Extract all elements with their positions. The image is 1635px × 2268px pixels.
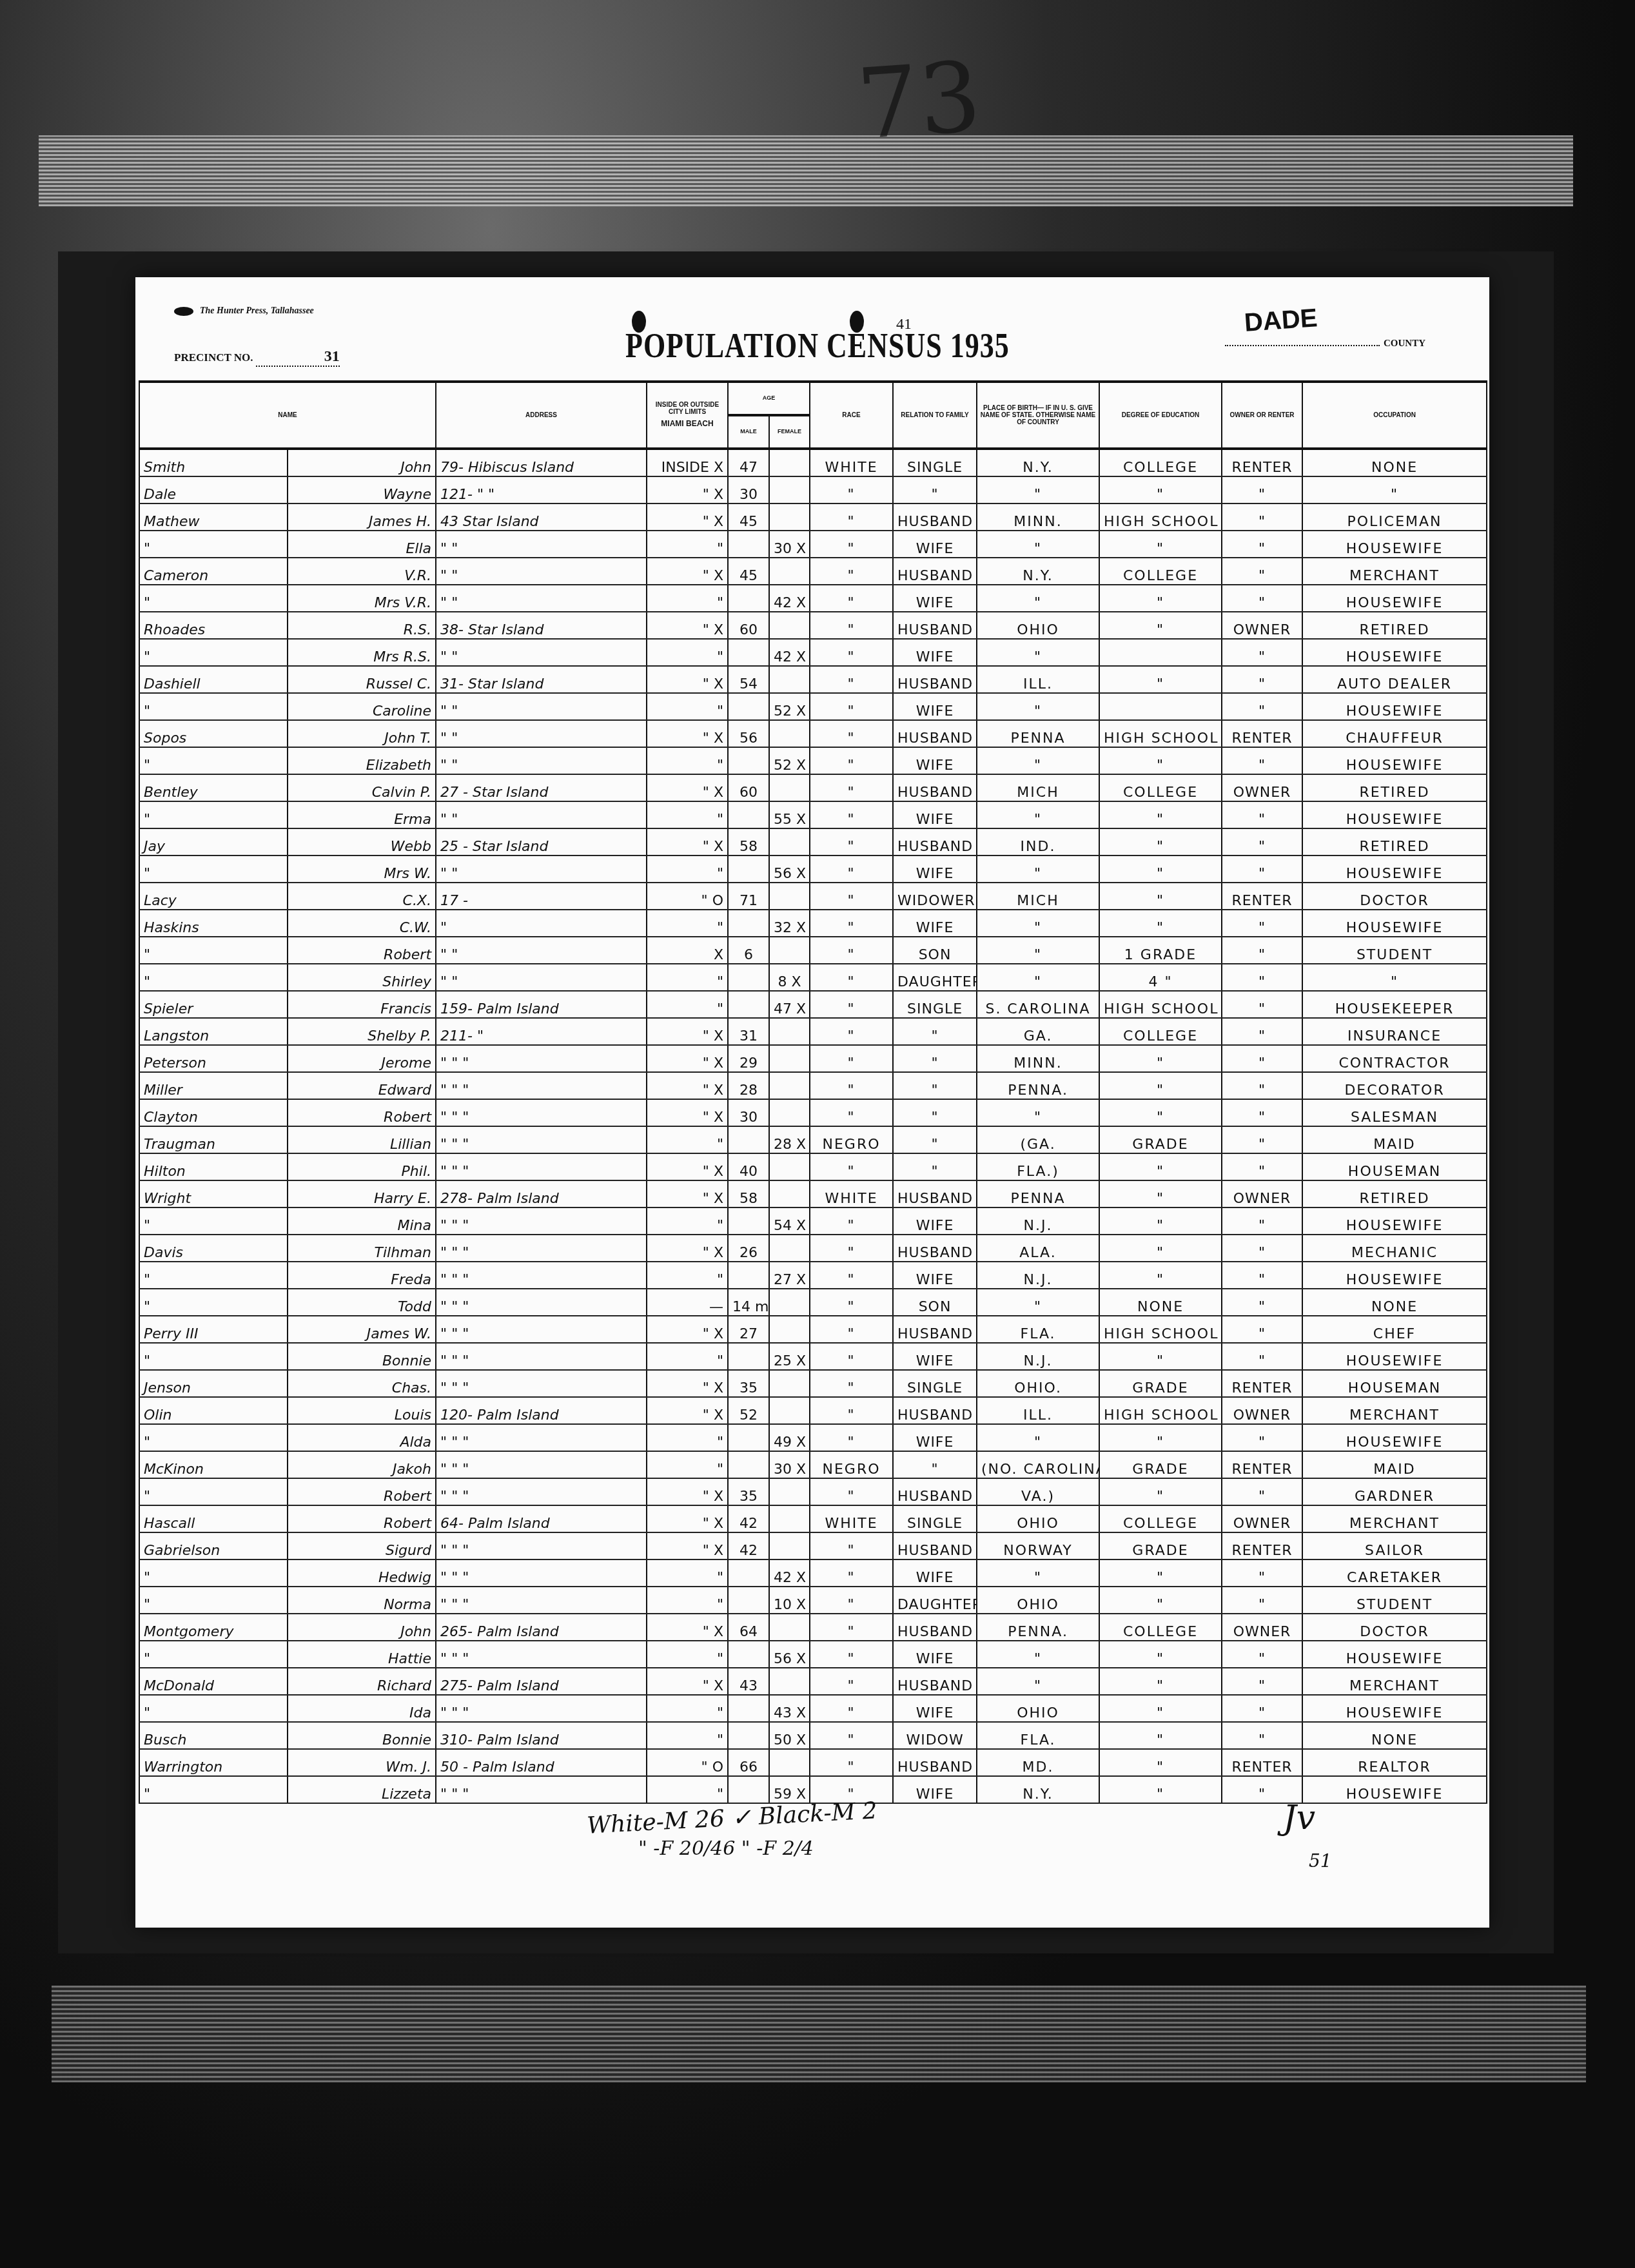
education-cell: " xyxy=(1099,1424,1222,1451)
education-cell: " xyxy=(1099,1207,1222,1235)
union-bug-icon xyxy=(174,307,193,316)
address-cell: 31- Star Island xyxy=(436,666,647,693)
owner-renter-cell: " xyxy=(1222,991,1302,1018)
first-name-cell: Robert xyxy=(288,1505,436,1532)
birthplace-cell: FLA.) xyxy=(977,1153,1099,1180)
male-age-cell xyxy=(728,1722,769,1749)
relation-cell: " xyxy=(893,1018,977,1045)
last-name-cell: " xyxy=(139,1695,288,1722)
header-female: Female xyxy=(769,415,810,449)
relation-cell: HUSBAND xyxy=(893,1614,977,1641)
race-cell: NEGRO xyxy=(810,1451,893,1478)
first-name-cell: Wm. J. xyxy=(288,1749,436,1776)
male-age-cell xyxy=(728,801,769,828)
occupation-cell: HOUSEWIFE xyxy=(1302,910,1487,937)
address-cell: " " xyxy=(436,747,647,774)
birthplace-cell: GA. xyxy=(977,1018,1099,1045)
birthplace-cell: " xyxy=(977,747,1099,774)
birthplace-cell: VA.) xyxy=(977,1478,1099,1505)
address-cell: " " xyxy=(436,855,647,883)
last-name-cell: " xyxy=(139,964,288,991)
last-name-cell: " xyxy=(139,585,288,612)
scan-bottom-band xyxy=(52,1986,1586,2082)
inside-outside-cell: " X xyxy=(647,1099,728,1126)
birthplace-cell: MD. xyxy=(977,1749,1099,1776)
male-age-cell: 58 xyxy=(728,1180,769,1207)
last-name-cell: " xyxy=(139,531,288,558)
last-name-cell: " xyxy=(139,1478,288,1505)
last-name-cell: Haskins xyxy=(139,910,288,937)
enumerator-number: 51 xyxy=(1309,1850,1332,1872)
table-row: "Norma" " ""10 X"DAUGHTEROHIO""STUDENT xyxy=(139,1587,1487,1614)
race-cell: " xyxy=(810,612,893,639)
female-age-cell: 42 X xyxy=(769,585,810,612)
owner-renter-cell: " xyxy=(1222,1424,1302,1451)
first-name-cell: John T. xyxy=(288,720,436,747)
race-cell: " xyxy=(810,531,893,558)
birthplace-cell: OHIO xyxy=(977,612,1099,639)
owner-renter-cell: OWNER xyxy=(1222,1397,1302,1424)
first-name-cell: Shirley xyxy=(288,964,436,991)
table-row: "Ida" " ""43 X"WIFEOHIO""HOUSEWIFE xyxy=(139,1695,1487,1722)
table-row: "Robert" "X6"SON"1 GRADE"STUDENT xyxy=(139,937,1487,964)
relation-cell: " xyxy=(893,1451,977,1478)
birthplace-cell: N.Y. xyxy=(977,1776,1099,1803)
female-age-cell: 54 X xyxy=(769,1207,810,1235)
scan-top-band xyxy=(39,135,1573,206)
relation-cell: WIFE xyxy=(893,1695,977,1722)
inside-outside-cell: " xyxy=(647,855,728,883)
precinct-number: 31 xyxy=(256,348,340,367)
relation-cell: WIFE xyxy=(893,693,977,720)
table-row: SmithJohn79- Hibiscus IslandINSIDE X47WH… xyxy=(139,449,1487,476)
male-age-cell: 28 xyxy=(728,1072,769,1099)
table-row: "Mrs W." ""56 X"WIFE"""HOUSEWIFE xyxy=(139,855,1487,883)
inside-outside-cell: " xyxy=(647,1695,728,1722)
inside-outside-cell: " X xyxy=(647,1478,728,1505)
owner-renter-cell: " xyxy=(1222,1153,1302,1180)
relation-cell: SINGLE xyxy=(893,991,977,1018)
education-cell: " xyxy=(1099,883,1222,910)
inside-outside-cell: " X xyxy=(647,1397,728,1424)
relation-cell: WIFE xyxy=(893,747,977,774)
last-name-cell: Jay xyxy=(139,828,288,855)
birthplace-cell: MICH xyxy=(977,883,1099,910)
education-cell: " xyxy=(1099,1343,1222,1370)
owner-renter-cell: " xyxy=(1222,1668,1302,1695)
inside-outside-cell: " X xyxy=(647,1532,728,1559)
address-cell: " " " xyxy=(436,1262,647,1289)
inside-outside-cell: " X xyxy=(647,1045,728,1072)
owner-renter-cell: " xyxy=(1222,855,1302,883)
occupation-cell: MAID xyxy=(1302,1451,1487,1478)
inside-outside-cell: " X xyxy=(647,828,728,855)
first-name-cell: Webb xyxy=(288,828,436,855)
relation-cell: WIFE xyxy=(893,801,977,828)
address-cell: " " " xyxy=(436,1532,647,1559)
table-row: TraugmanLillian" " ""28 XNEGRO"(GA.GRADE… xyxy=(139,1126,1487,1153)
inside-outside-cell: " X xyxy=(647,1153,728,1180)
female-age-cell xyxy=(769,1099,810,1126)
female-age-cell: 42 X xyxy=(769,639,810,666)
female-age-cell xyxy=(769,1180,810,1207)
last-name-cell: " xyxy=(139,1641,288,1668)
race-cell: " xyxy=(810,1045,893,1072)
inside-outside-cell: " xyxy=(647,1559,728,1587)
owner-renter-cell: " xyxy=(1222,1587,1302,1614)
address-cell: " " xyxy=(436,964,647,991)
table-row: "Hedwig" " ""42 X"WIFE"""CARETAKER xyxy=(139,1559,1487,1587)
inside-outside-cell: " X xyxy=(647,1235,728,1262)
female-age-cell xyxy=(769,476,810,503)
address-cell: " " " xyxy=(436,1776,647,1803)
occupation-cell: HOUSEWIFE xyxy=(1302,1641,1487,1668)
race-cell: WHITE xyxy=(810,1180,893,1207)
birthplace-cell: " xyxy=(977,910,1099,937)
education-cell: " xyxy=(1099,1478,1222,1505)
education-cell: COLLEGE xyxy=(1099,1018,1222,1045)
last-name-cell: " xyxy=(139,1776,288,1803)
inside-outside-cell: " X xyxy=(647,1505,728,1532)
relation-cell: HUSBAND xyxy=(893,666,977,693)
occupation-cell: CHEF xyxy=(1302,1316,1487,1343)
last-name-cell: " xyxy=(139,1587,288,1614)
last-name-cell: " xyxy=(139,801,288,828)
last-name-cell: " xyxy=(139,1343,288,1370)
occupation-cell: HOUSEWIFE xyxy=(1302,1695,1487,1722)
male-age-cell xyxy=(728,1126,769,1153)
occupation-cell: SAILOR xyxy=(1302,1532,1487,1559)
relation-cell: HUSBAND xyxy=(893,1478,977,1505)
owner-renter-cell: RENTER xyxy=(1222,1749,1302,1776)
last-name-cell: Warrington xyxy=(139,1749,288,1776)
male-age-cell xyxy=(728,531,769,558)
address-cell: 27 - Star Island xyxy=(436,774,647,801)
last-name-cell: Hascall xyxy=(139,1505,288,1532)
birthplace-cell: ILL. xyxy=(977,1397,1099,1424)
female-age-cell: 55 X xyxy=(769,801,810,828)
owner-renter-cell: RENTER xyxy=(1222,720,1302,747)
table-row: DavisTilhman" " "" X26"HUSBANDALA.""MECH… xyxy=(139,1235,1487,1262)
inside-outside-cell: " X xyxy=(647,1614,728,1641)
table-row: DashiellRussel C.31- Star Island" X54"HU… xyxy=(139,666,1487,693)
education-cell: HIGH SCHOOL xyxy=(1099,991,1222,1018)
race-cell: WHITE xyxy=(810,1505,893,1532)
male-age-cell: 71 xyxy=(728,883,769,910)
inside-outside-cell: " O xyxy=(647,883,728,910)
inside-outside-cell: " X xyxy=(647,612,728,639)
first-name-cell: Bonnie xyxy=(288,1722,436,1749)
last-name-cell: Dashiell xyxy=(139,666,288,693)
address-cell: 211- " xyxy=(436,1018,647,1045)
last-name-cell: Miller xyxy=(139,1072,288,1099)
occupation-cell: HOUSEWIFE xyxy=(1302,1262,1487,1289)
race-cell: " xyxy=(810,693,893,720)
inside-outside-cell: " X xyxy=(647,774,728,801)
race-cell: " xyxy=(810,1370,893,1397)
birthplace-cell: IND. xyxy=(977,828,1099,855)
last-name-cell: Peterson xyxy=(139,1045,288,1072)
last-name-cell: Gabrielson xyxy=(139,1532,288,1559)
inside-outside-cell: " xyxy=(647,639,728,666)
inside-outside-cell: " X xyxy=(647,503,728,531)
first-name-cell: John xyxy=(288,1614,436,1641)
inside-outside-cell: " xyxy=(647,991,728,1018)
owner-renter-cell: OWNER xyxy=(1222,1505,1302,1532)
birthplace-cell: " xyxy=(977,639,1099,666)
first-name-cell: Bonnie xyxy=(288,1343,436,1370)
owner-renter-cell: " xyxy=(1222,1099,1302,1126)
owner-renter-cell: " xyxy=(1222,1641,1302,1668)
header-name: Name xyxy=(139,382,436,449)
inside-outside-cell: " X xyxy=(647,1180,728,1207)
owner-renter-cell: RENTER xyxy=(1222,1451,1302,1478)
header-age: Age xyxy=(728,382,810,415)
first-name-cell: Russel C. xyxy=(288,666,436,693)
address-cell: " " " xyxy=(436,1343,647,1370)
occupation-cell: DECORATOR xyxy=(1302,1072,1487,1099)
address-cell: 159- Palm Island xyxy=(436,991,647,1018)
race-cell: " xyxy=(810,964,893,991)
table-row: "Mina" " ""54 X"WIFEN.J.""HOUSEWIFE xyxy=(139,1207,1487,1235)
birthplace-cell: OHIO xyxy=(977,1505,1099,1532)
education-cell: 4 " xyxy=(1099,964,1222,991)
first-name-cell: Mrs W. xyxy=(288,855,436,883)
owner-renter-cell: " xyxy=(1222,1289,1302,1316)
table-row: "Todd" " "—14 mo"SON"NONE"NONE xyxy=(139,1289,1487,1316)
female-age-cell xyxy=(769,558,810,585)
relation-cell: SINGLE xyxy=(893,1370,977,1397)
table-row: LangstonShelby P.211- "" X31""GA.COLLEGE… xyxy=(139,1018,1487,1045)
first-name-cell: Jakoh xyxy=(288,1451,436,1478)
inside-outside-cell: " xyxy=(647,693,728,720)
race-cell: " xyxy=(810,1018,893,1045)
owner-renter-cell: " xyxy=(1222,503,1302,531)
last-name-cell: " xyxy=(139,937,288,964)
relation-cell: " xyxy=(893,1099,977,1126)
table-row: "Shirley" ""8 X"DAUGHTER"4 """ xyxy=(139,964,1487,991)
education-cell: NONE xyxy=(1099,1289,1222,1316)
first-name-cell: Phil. xyxy=(288,1153,436,1180)
relation-cell: HUSBAND xyxy=(893,1180,977,1207)
education-cell: HIGH SCHOOL xyxy=(1099,720,1222,747)
education-cell: " xyxy=(1099,1641,1222,1668)
male-age-cell xyxy=(728,1451,769,1478)
education-cell: COLLEGE xyxy=(1099,774,1222,801)
last-name-cell: Smith xyxy=(139,449,288,476)
last-name-cell: " xyxy=(139,693,288,720)
race-cell: " xyxy=(810,747,893,774)
address-cell: 310- Palm Island xyxy=(436,1722,647,1749)
race-cell: " xyxy=(810,585,893,612)
birthplace-cell: ALA. xyxy=(977,1235,1099,1262)
header-address: Address xyxy=(436,382,647,449)
male-age-cell: 47 xyxy=(728,449,769,476)
last-name-cell: " xyxy=(139,1289,288,1316)
last-name-cell: Lacy xyxy=(139,883,288,910)
race-cell: " xyxy=(810,639,893,666)
owner-renter-cell: OWNER xyxy=(1222,1180,1302,1207)
address-cell: 64- Palm Island xyxy=(436,1505,647,1532)
occupation-cell: HOUSEWIFE xyxy=(1302,747,1487,774)
birthplace-cell: " xyxy=(977,476,1099,503)
education-cell: " xyxy=(1099,612,1222,639)
education-cell: " xyxy=(1099,1668,1222,1695)
male-age-cell: 43 xyxy=(728,1668,769,1695)
last-name-cell: McDonald xyxy=(139,1668,288,1695)
relation-cell: WIFE xyxy=(893,1559,977,1587)
race-cell: " xyxy=(810,1289,893,1316)
first-name-cell: James W. xyxy=(288,1316,436,1343)
education-cell: " xyxy=(1099,1072,1222,1099)
address-cell: " " " xyxy=(436,1587,647,1614)
education-cell: COLLEGE xyxy=(1099,1505,1222,1532)
owner-renter-cell: " xyxy=(1222,1207,1302,1235)
header-male: Male xyxy=(728,415,769,449)
first-name-cell: Tilhman xyxy=(288,1235,436,1262)
address-cell: " " " xyxy=(436,1695,647,1722)
address-cell: " " xyxy=(436,720,647,747)
education-cell: HIGH SCHOOL xyxy=(1099,1397,1222,1424)
occupation-cell: MERCHANT xyxy=(1302,558,1487,585)
last-name-cell: Dale xyxy=(139,476,288,503)
relation-cell: WIFE xyxy=(893,855,977,883)
relation-cell: WIFE xyxy=(893,639,977,666)
relation-cell: DAUGHTER xyxy=(893,1587,977,1614)
race-cell: WHITE xyxy=(810,449,893,476)
birthplace-cell: " xyxy=(977,1559,1099,1587)
relation-cell: HUSBAND xyxy=(893,558,977,585)
precinct-field: PRECINCT NO. 31 xyxy=(174,348,340,367)
inside-outside-cell: — xyxy=(647,1289,728,1316)
female-age-cell xyxy=(769,1045,810,1072)
address-cell: 25 - Star Island xyxy=(436,828,647,855)
birthplace-cell: " xyxy=(977,1424,1099,1451)
birthplace-cell: " xyxy=(977,855,1099,883)
male-age-cell xyxy=(728,1587,769,1614)
owner-renter-cell: RENTER xyxy=(1222,1532,1302,1559)
occupation-cell: NONE xyxy=(1302,449,1487,476)
last-name-cell: Montgomery xyxy=(139,1614,288,1641)
owner-renter-cell: " xyxy=(1222,1559,1302,1587)
education-cell: " xyxy=(1099,855,1222,883)
header-row: Name Address Inside or Outside City Limi… xyxy=(139,382,1487,415)
inside-outside-cell: " xyxy=(647,1126,728,1153)
occupation-cell: RETIRED xyxy=(1302,1180,1487,1207)
birthplace-cell: PENNA xyxy=(977,720,1099,747)
table-row: JensonChas." " "" X35"SINGLEOHIO.GRADERE… xyxy=(139,1370,1487,1397)
table-row: Perry IIIJames W." " "" X27"HUSBANDFLA.H… xyxy=(139,1316,1487,1343)
male-age-cell: 60 xyxy=(728,612,769,639)
male-age-cell: 54 xyxy=(728,666,769,693)
male-age-cell: 58 xyxy=(728,828,769,855)
inside-outside-cell: " xyxy=(647,1722,728,1749)
male-age-cell xyxy=(728,1207,769,1235)
relation-cell: WIFE xyxy=(893,1641,977,1668)
female-age-cell xyxy=(769,1153,810,1180)
inside-outside-cell: " O xyxy=(647,1749,728,1776)
female-age-cell: 47 X xyxy=(769,991,810,1018)
relation-cell: " xyxy=(893,476,977,503)
occupation-cell: RETIRED xyxy=(1302,774,1487,801)
first-name-cell: Robert xyxy=(288,937,436,964)
table-row: "Caroline" ""52 X"WIFE""HOUSEWIFE xyxy=(139,693,1487,720)
female-age-cell: 50 X xyxy=(769,1722,810,1749)
education-cell: " xyxy=(1099,801,1222,828)
female-age-cell xyxy=(769,666,810,693)
education-cell: HIGH SCHOOL xyxy=(1099,1316,1222,1343)
occupation-cell: DOCTOR xyxy=(1302,1614,1487,1641)
race-cell: " xyxy=(810,1478,893,1505)
relation-cell: HUSBAND xyxy=(893,828,977,855)
owner-renter-cell: OWNER xyxy=(1222,774,1302,801)
inside-outside-cell: " xyxy=(647,1262,728,1289)
male-age-cell: 52 xyxy=(728,1397,769,1424)
race-cell: NEGRO xyxy=(810,1126,893,1153)
table-row: "Alda" " ""49 X"WIFE"""HOUSEWIFE xyxy=(139,1424,1487,1451)
female-age-cell xyxy=(769,774,810,801)
race-cell: " xyxy=(810,720,893,747)
relation-cell: HUSBAND xyxy=(893,1668,977,1695)
census-page: The Hunter Press, Tallahassee PRECINCT N… xyxy=(135,277,1489,1928)
header-education: Degree of Education xyxy=(1099,382,1222,449)
header-occupation: Occupation xyxy=(1302,382,1487,449)
inside-outside-cell: " X xyxy=(647,720,728,747)
male-age-cell: 35 xyxy=(728,1478,769,1505)
owner-renter-cell: " xyxy=(1222,1695,1302,1722)
occupation-cell: POLICEMAN xyxy=(1302,503,1487,531)
race-cell: " xyxy=(810,1207,893,1235)
first-name-cell: Caroline xyxy=(288,693,436,720)
address-cell: 275- Palm Island xyxy=(436,1668,647,1695)
owner-renter-cell: " xyxy=(1222,801,1302,828)
female-age-cell xyxy=(769,1397,810,1424)
table-row: PetersonJerome" " "" X29""MINN.""CONTRAC… xyxy=(139,1045,1487,1072)
table-row: "Ella" ""30 X"WIFE"""HOUSEWIFE xyxy=(139,531,1487,558)
female-age-cell xyxy=(769,1532,810,1559)
address-cell: 17 - xyxy=(436,883,647,910)
female-age-cell xyxy=(769,1370,810,1397)
first-name-cell: C.X. xyxy=(288,883,436,910)
address-cell: 265- Palm Island xyxy=(436,1614,647,1641)
male-age-cell: 14 mo xyxy=(728,1289,769,1316)
occupation-cell: DOCTOR xyxy=(1302,883,1487,910)
male-age-cell xyxy=(728,693,769,720)
male-age-cell: 27 xyxy=(728,1316,769,1343)
male-age-cell: 45 xyxy=(728,558,769,585)
birthplace-cell: MICH xyxy=(977,774,1099,801)
female-age-cell xyxy=(769,1749,810,1776)
occupation-cell: STUDENT xyxy=(1302,937,1487,964)
first-name-cell: Sigurd xyxy=(288,1532,436,1559)
relation-cell: " xyxy=(893,1153,977,1180)
owner-renter-cell: RENTER xyxy=(1222,883,1302,910)
male-age-cell: 66 xyxy=(728,1749,769,1776)
birthplace-cell: N.J. xyxy=(977,1207,1099,1235)
owner-renter-cell: " xyxy=(1222,531,1302,558)
county-label: COUNTY xyxy=(1225,338,1425,349)
last-name-cell: Olin xyxy=(139,1397,288,1424)
inside-outside-cell: " xyxy=(647,801,728,828)
table-row: "Erma" ""55 X"WIFE"""HOUSEWIFE xyxy=(139,801,1487,828)
occupation-cell: HOUSEWIFE xyxy=(1302,693,1487,720)
first-name-cell: Wayne xyxy=(288,476,436,503)
table-row: GabrielsonSigurd" " "" X42"HUSBANDNORWAY… xyxy=(139,1532,1487,1559)
last-name-cell: " xyxy=(139,1262,288,1289)
inside-outside-cell: " xyxy=(647,1641,728,1668)
female-age-cell xyxy=(769,1614,810,1641)
header-city: MIAMI BEACH xyxy=(649,420,726,428)
